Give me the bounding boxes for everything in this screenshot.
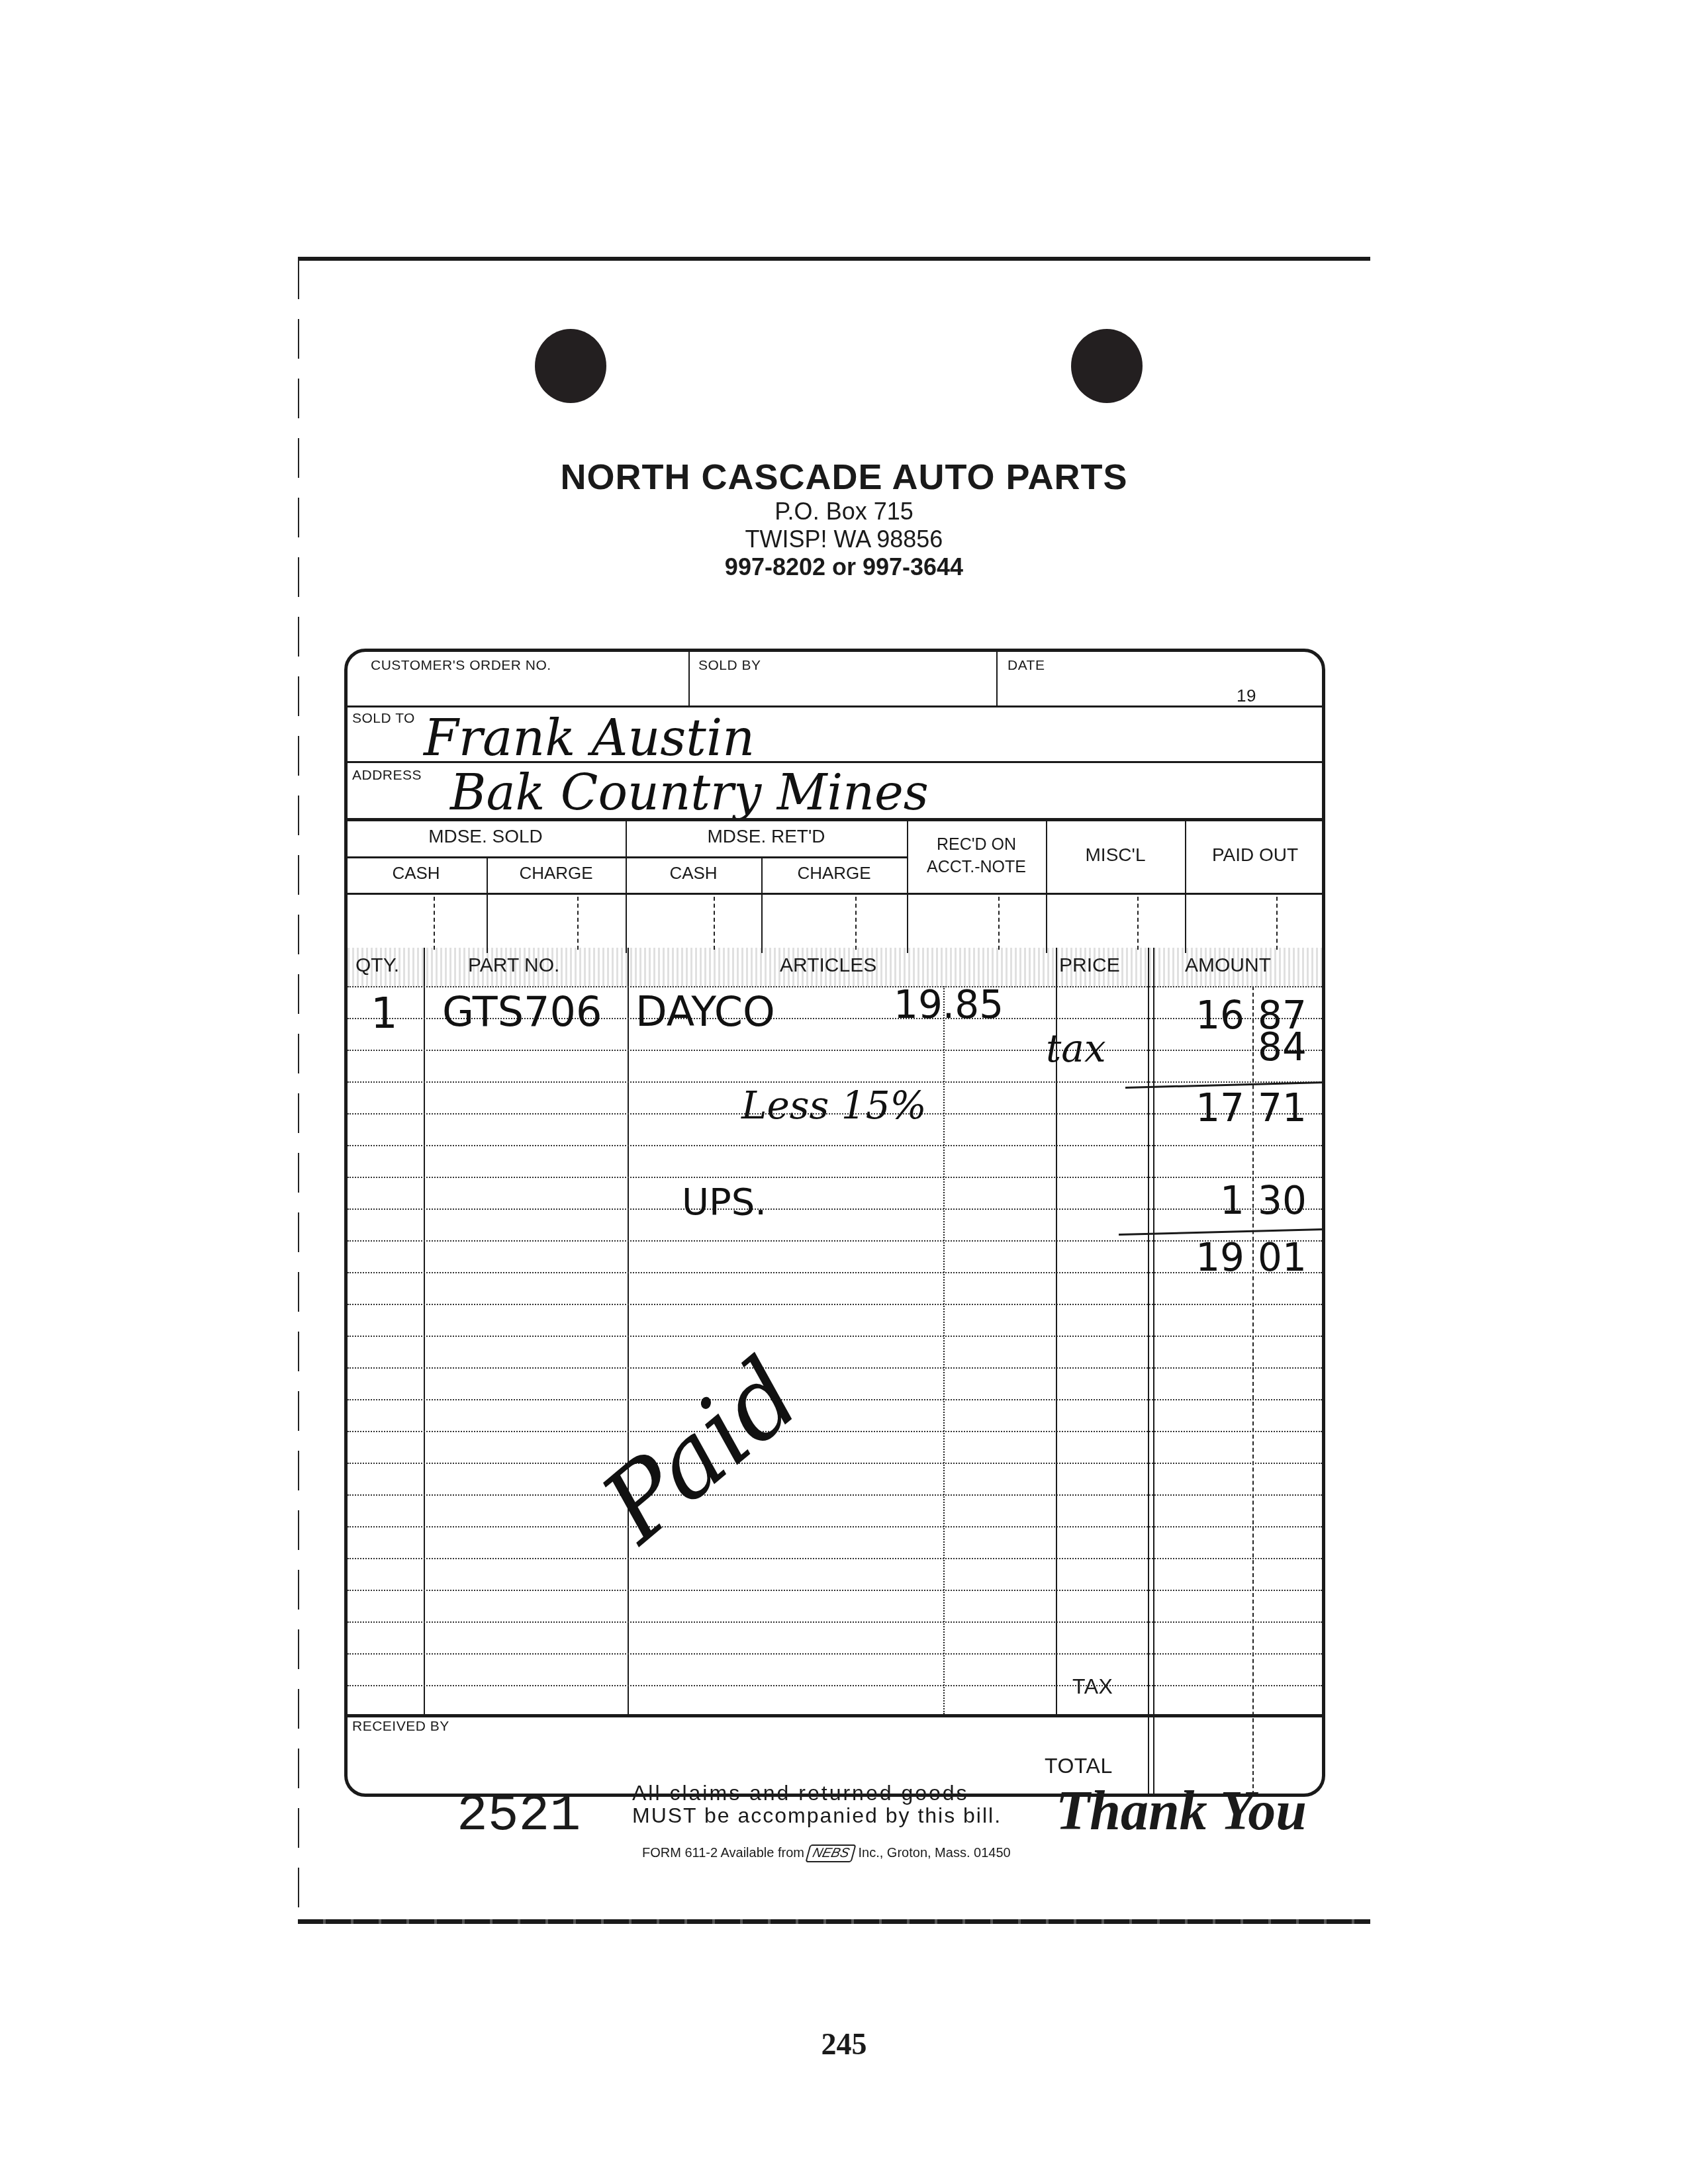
row-rule bbox=[348, 1621, 1322, 1623]
row-rule bbox=[348, 1304, 1322, 1305]
divider bbox=[628, 948, 629, 1716]
total-label: TOTAL bbox=[1045, 1754, 1113, 1778]
mdse-retd-header: MDSE. RET'D bbox=[626, 826, 907, 847]
divider bbox=[346, 818, 1324, 821]
address-value: Bak Country Mines bbox=[450, 764, 929, 821]
amount-header: AMOUNT bbox=[1185, 954, 1271, 977]
sold-to-label: SOLD TO bbox=[352, 711, 415, 727]
item-qty: 1 bbox=[371, 989, 398, 1038]
thank-you: Thank You bbox=[1056, 1779, 1307, 1843]
binder-hole-icon bbox=[1071, 329, 1143, 403]
sheet-bottom-border bbox=[298, 1919, 1370, 1924]
received-by-label: RECEIVED BY bbox=[352, 1719, 449, 1735]
recd-on-acct-header-line2: ACCT.-NOTE bbox=[907, 858, 1046, 877]
cents-divider bbox=[1252, 986, 1254, 1795]
amount-cents: 30 bbox=[1258, 1178, 1307, 1223]
mdse-retd-charge-header: CHARGE bbox=[761, 863, 907, 884]
divider bbox=[907, 819, 908, 953]
invoice-number: 2521 bbox=[457, 1787, 581, 1845]
divider bbox=[346, 761, 1324, 763]
row-rule bbox=[348, 1463, 1322, 1464]
paid-out-header: PAID OUT bbox=[1185, 844, 1325, 866]
recd-on-acct-header-line1: REC'D ON bbox=[907, 835, 1046, 854]
form-prefix: FORM 611-2 Available from bbox=[642, 1846, 804, 1860]
divider bbox=[346, 893, 1324, 895]
divider bbox=[1185, 819, 1186, 953]
claims-notice: All claims and returned goods MUST be ac… bbox=[632, 1782, 1002, 1827]
divider bbox=[1046, 819, 1047, 953]
page-number: 245 bbox=[0, 2026, 1688, 2062]
divider bbox=[487, 856, 488, 953]
row-rule bbox=[348, 1399, 1322, 1400]
row-rule bbox=[348, 1367, 1322, 1369]
cents-divider bbox=[855, 897, 857, 950]
row-rule bbox=[348, 1145, 1322, 1146]
divider bbox=[346, 705, 1324, 707]
store-name: NORTH CASCADE AUTO PARTS bbox=[0, 457, 1688, 498]
claims-line1: All claims and returned goods bbox=[632, 1782, 1002, 1804]
item-article-price-note: 19.85 bbox=[894, 982, 1004, 1027]
part-no-header: PART NO. bbox=[468, 954, 559, 977]
tax-label: TAX bbox=[1072, 1674, 1113, 1699]
qty-header: QTY. bbox=[355, 954, 399, 977]
cents-divider bbox=[1137, 897, 1139, 950]
divider bbox=[688, 650, 690, 707]
mdse-sold-charge-header: CHARGE bbox=[487, 863, 626, 884]
mdse-sold-header: MDSE. SOLD bbox=[346, 826, 626, 847]
miscl-header: MISC'L bbox=[1046, 844, 1185, 866]
divider bbox=[346, 1714, 1324, 1717]
articles-price-divider bbox=[943, 986, 945, 1714]
sold-to-value: Frank Austin bbox=[424, 708, 755, 767]
row-rule bbox=[348, 1336, 1322, 1337]
row-rule bbox=[348, 1558, 1322, 1559]
price-header: PRICE bbox=[1059, 954, 1120, 977]
cents-divider bbox=[434, 897, 435, 950]
mdse-retd-cash-header: CASH bbox=[626, 863, 761, 884]
form-suffix: Inc., Groton, Mass. 01450 bbox=[859, 1846, 1011, 1860]
form-credit: FORM 611-2 Available from NEBS Inc., Gro… bbox=[642, 1844, 1011, 1862]
articles-header: ARTICLES bbox=[780, 954, 876, 977]
amount-cents: 71 bbox=[1258, 1085, 1307, 1130]
row-rule bbox=[348, 1494, 1322, 1496]
amount-dollars: 16 bbox=[1165, 993, 1244, 1038]
grand-total-cents: 01 bbox=[1258, 1235, 1307, 1280]
divider bbox=[761, 856, 763, 953]
claims-line2: MUST be accompanied by this bill. bbox=[632, 1804, 1002, 1827]
date-label: DATE bbox=[1008, 658, 1045, 674]
cents-divider bbox=[577, 897, 579, 950]
amount-cents: 84 bbox=[1258, 1024, 1307, 1069]
store-address-line2: TWISP! WA 98856 bbox=[0, 525, 1688, 553]
date-year-prefix: 19 bbox=[1237, 686, 1256, 706]
divider bbox=[996, 650, 998, 707]
store-address-line1: P.O. Box 715 bbox=[0, 498, 1688, 525]
shipping-note: UPS. bbox=[682, 1181, 767, 1224]
store-phone: 997-8202 or 997-3644 bbox=[0, 553, 1688, 581]
tax-note: tax bbox=[1046, 1026, 1106, 1071]
divider bbox=[424, 948, 425, 1716]
row-rule bbox=[348, 1431, 1322, 1432]
divider bbox=[1148, 948, 1149, 1797]
row-rule bbox=[348, 1653, 1322, 1655]
sheet-top-border bbox=[298, 257, 1370, 261]
item-part-no: GTS706 bbox=[442, 987, 602, 1036]
row-rule bbox=[348, 1050, 1322, 1051]
binder-hole-icon bbox=[535, 329, 606, 403]
row-rule bbox=[348, 1526, 1322, 1527]
cents-divider bbox=[714, 897, 715, 950]
grand-total-dollars: 19 bbox=[1165, 1235, 1244, 1280]
discount-note: Less 15% bbox=[741, 1083, 927, 1128]
customer-order-no-label: CUSTOMER'S ORDER NO. bbox=[371, 658, 551, 674]
sold-by-label: SOLD BY bbox=[698, 658, 761, 674]
address-label: ADDRESS bbox=[352, 768, 422, 784]
divider bbox=[626, 819, 627, 953]
amount-dollars: 1 bbox=[1165, 1178, 1244, 1223]
cents-divider bbox=[1276, 897, 1278, 950]
item-article: DAYCO bbox=[635, 987, 775, 1036]
row-rule bbox=[348, 1590, 1322, 1591]
row-rule bbox=[348, 1685, 1322, 1686]
divider bbox=[1153, 948, 1154, 1797]
cents-divider bbox=[998, 897, 1000, 950]
mdse-sold-cash-header: CASH bbox=[346, 863, 487, 884]
amount-dollars: 17 bbox=[1165, 1085, 1244, 1130]
nebs-logo: NEBS bbox=[806, 1844, 857, 1862]
